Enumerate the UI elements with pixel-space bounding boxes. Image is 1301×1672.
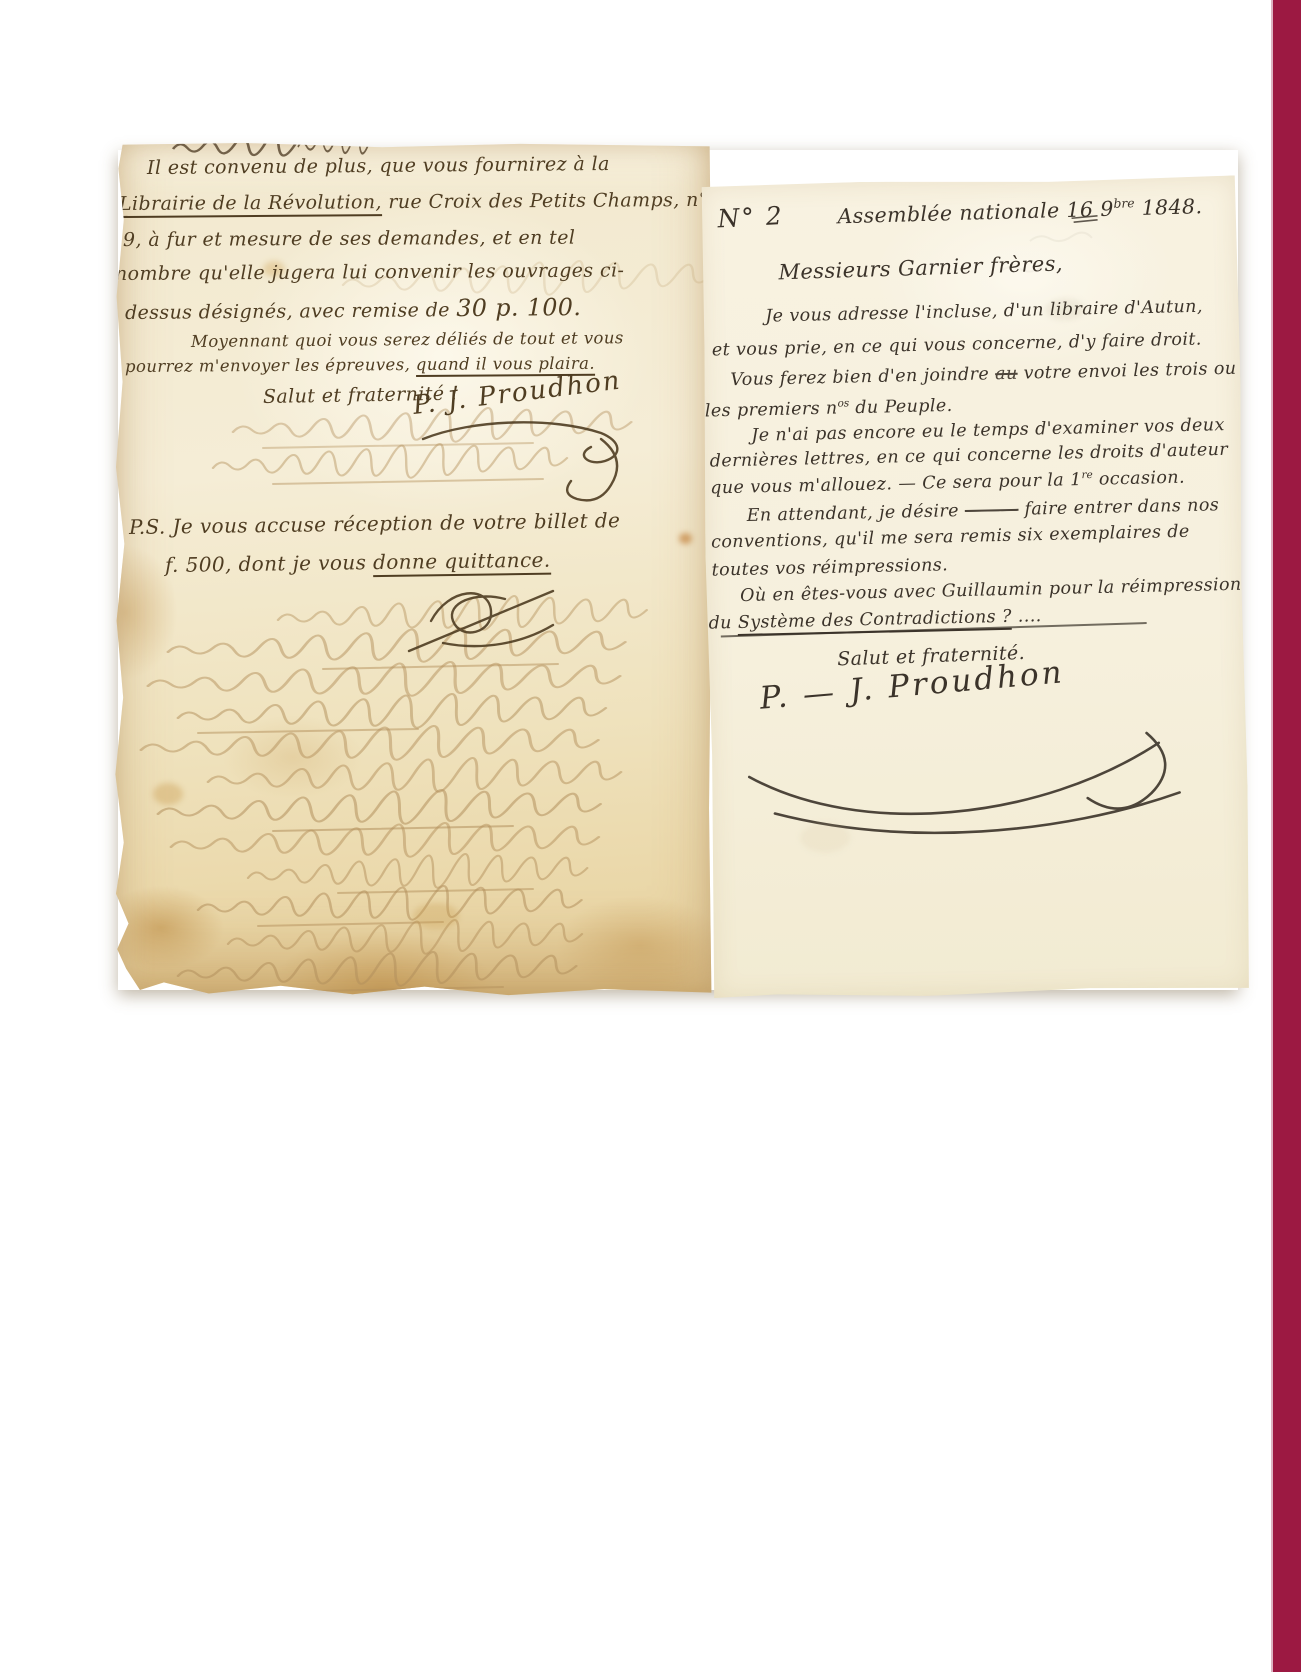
line-text: dessus désignés, avec remise de <box>125 299 457 324</box>
dateline: Assemblée nationale 16 9bre 1848. <box>837 194 1202 228</box>
superscript-text: bre <box>1113 196 1134 211</box>
letter-line: 9, à fur et mesure de ses demandes, et e… <box>123 227 575 251</box>
accent-bar <box>1271 0 1301 1672</box>
paper-stain <box>800 822 851 853</box>
letter-line: conventions, qu'il me sera remis six exe… <box>711 522 1190 553</box>
letter-line: Moyennant quoi vous serez déliés de tout… <box>191 328 624 351</box>
superscript-text: os <box>837 397 849 409</box>
letter-line: et vous prie, en ce qui vous concerne, d… <box>712 329 1202 360</box>
underlined-text: donne quittance. <box>373 548 551 577</box>
letter-line: Je vous adresse l'incluse, d'un libraire… <box>765 297 1203 327</box>
underlined-text: Librairie de la Révolution, <box>119 191 382 218</box>
emphasized-text: 30 p. 100. <box>456 293 581 322</box>
letter-line: pourrez m'envoyer les épreuves, quand il… <box>125 354 595 376</box>
line-text: Assemblée nationale 16 9 <box>837 197 1114 229</box>
cropped-top-line <box>173 143 369 156</box>
letter-line: dessus désignés, avec remise de 30 p. 10… <box>125 293 582 325</box>
rust-stain <box>679 533 692 544</box>
line-text: 1848. <box>1134 194 1202 220</box>
struck-text: ——— <box>965 500 1019 521</box>
line-text: occasion. <box>1093 468 1186 490</box>
line-text: Vous ferez bien d'en joindre <box>730 364 995 390</box>
line-text: f. 500, dont je vous <box>165 550 373 577</box>
line-text: faire entrer dans nos <box>1018 495 1219 520</box>
letter-line: Il est convenu de plus, que vous fournir… <box>147 153 610 179</box>
letter-line: En attendant, je désire ——— faire entrer… <box>746 495 1219 526</box>
signature-flourish <box>423 422 617 500</box>
line-text: pourrez m'envoyer les épreuves, <box>125 355 416 376</box>
manuscript-left-page: Il est convenu de plus, que vous fournir… <box>113 143 712 996</box>
letter-line: Où en êtes-vous avec Guillaumin pour la … <box>740 575 1242 606</box>
line-text: que vous m'allouez. — Ce sera pour la 1 <box>710 470 1082 498</box>
book-page: Il est convenu de plus, que vous fournir… <box>0 0 1301 1672</box>
paper-stain <box>413 903 459 929</box>
line-text: .... <box>1012 606 1042 627</box>
postscript-paraph <box>409 591 553 651</box>
line-text: votre envoi les trois ou <box>1017 359 1236 384</box>
letter-number-label: N° 2 <box>717 201 785 233</box>
letter-line: que vous m'allouez. — Ce sera pour la 1r… <box>710 467 1185 499</box>
line-text: les premiers n <box>705 399 838 422</box>
line-text: du Peuple. <box>849 396 953 418</box>
line-text: rue Croix des Petits Champs, n° <box>382 189 709 213</box>
manuscript-right-page: N° 2 Assemblée nationale 16 9bre 1848. M… <box>699 175 1251 999</box>
paper-stain <box>153 783 183 805</box>
postscript-line: P.S. Je vous accuse réception de votre b… <box>129 508 621 539</box>
line-text: du <box>708 613 738 634</box>
struck-text: au <box>995 364 1018 385</box>
postscript-line: f. 500, dont je vous donne quittance. <box>165 548 551 577</box>
letter-line: nombre qu'elle jugera lui convenir les o… <box>115 259 624 285</box>
superscript-text: re <box>1081 469 1093 481</box>
line-text: En attendant, je désire <box>746 501 965 526</box>
salutation: Messieurs Garnier frères, <box>778 251 1063 284</box>
letter-line: Vous ferez bien d'en joindre au votre en… <box>730 359 1237 390</box>
letter-line: toutes vos réimpressions. <box>711 555 948 580</box>
letter-line: du Système des Contradictions ? .... <box>708 606 1042 634</box>
underlined-text: Système des Contradictions ? <box>738 607 1013 636</box>
signature-flourish <box>749 732 1181 836</box>
letter-line: Librairie de la Révolution, rue Croix de… <box>119 189 709 215</box>
letter-line: les premiers nos du Peuple. <box>705 395 953 421</box>
